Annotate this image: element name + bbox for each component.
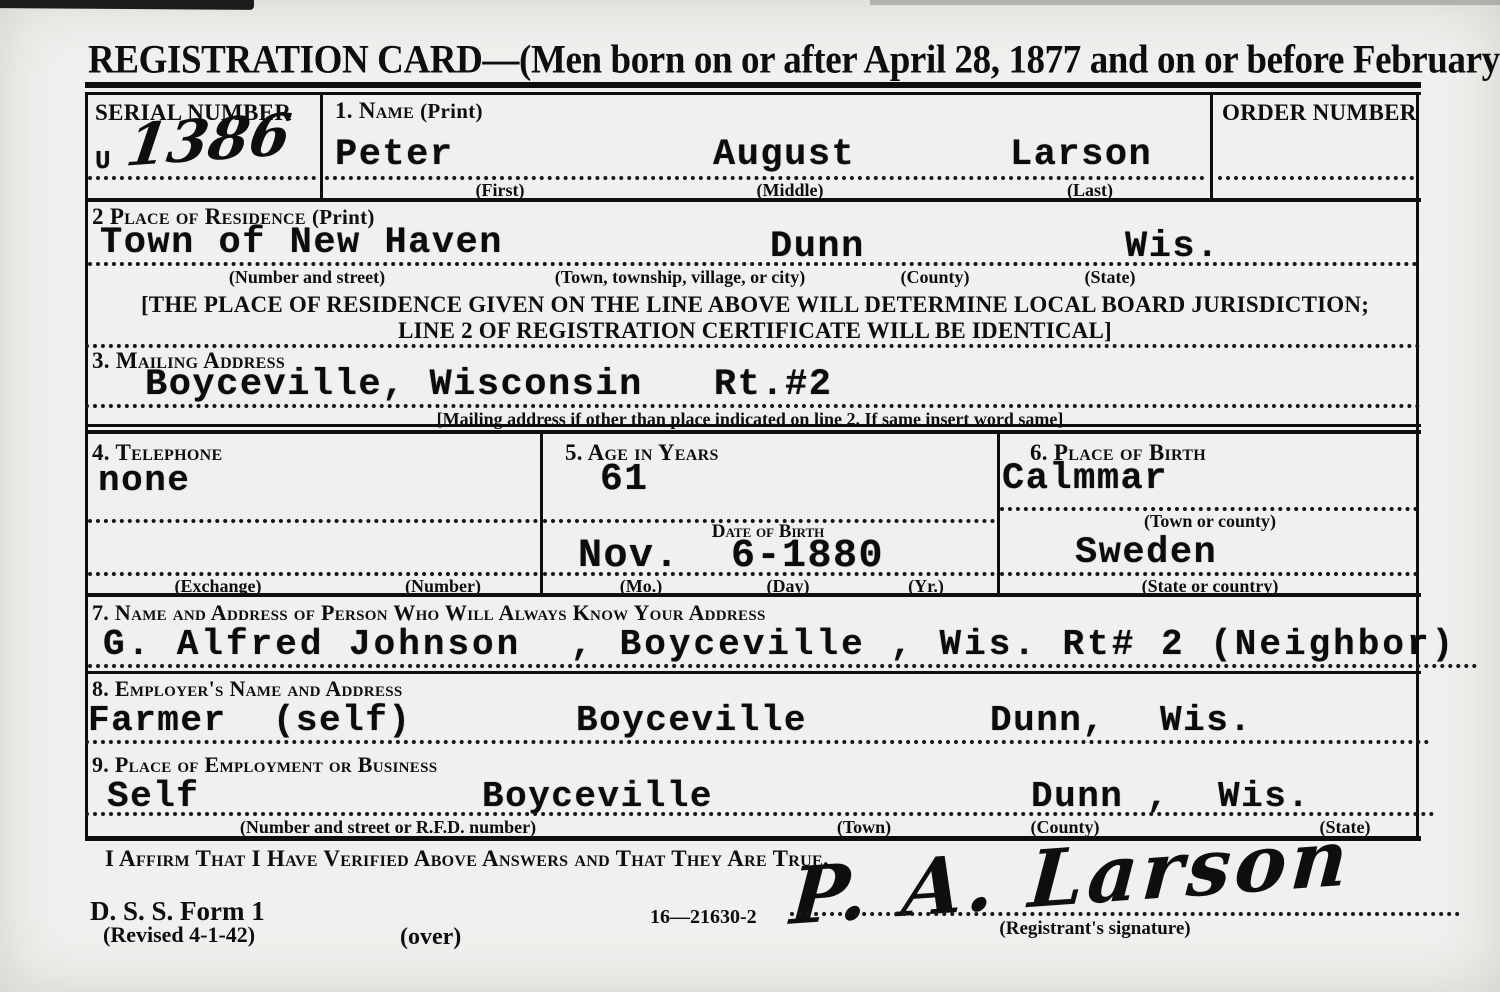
employment-label: 9. Place of Employment or Business — [92, 752, 437, 778]
divider — [85, 424, 1421, 427]
name-label-suffix: (Print) — [420, 99, 483, 123]
mailing-line — [85, 404, 1421, 408]
registration-card: REGISTRATION CARD—(Men born on or after … — [0, 0, 1500, 992]
divider — [85, 344, 1421, 348]
employment-street-caption: (Number and street or R.F.D. number) — [240, 817, 536, 838]
telephone-line — [88, 519, 538, 523]
residence-street-value: Town of New Haven — [100, 222, 503, 264]
over-caption: (over) — [400, 924, 461, 951]
employment-line — [85, 812, 1435, 816]
employer-state-value: Wis. — [1160, 700, 1252, 741]
name-label: 1. Name (Print) — [335, 98, 483, 124]
town-or-county-caption: (Town or county) — [1144, 511, 1276, 532]
name-last-value: Larson — [1010, 134, 1152, 176]
order-line — [1218, 176, 1414, 180]
print-code: 16—21630-2 — [650, 906, 757, 929]
residence-line — [88, 262, 1418, 266]
signature-line — [790, 912, 1460, 916]
serial-line — [88, 176, 316, 180]
divider — [85, 593, 1421, 597]
divider — [997, 433, 1000, 593]
birth-place-town-value: Calmmar — [1002, 458, 1168, 500]
form-revision: (Revised 4-1-42) — [103, 922, 255, 948]
divider — [320, 92, 323, 198]
jurisdiction-note: [THE PLACE OF RESIDENCE GIVEN ON THE LIN… — [130, 292, 1380, 345]
telephone-value: none — [98, 460, 190, 501]
employment-county-value: Dunn , — [1031, 776, 1170, 817]
divider — [85, 92, 1421, 95]
mailing-value: Boyceville, Wisconsin Rt.#2 — [145, 364, 832, 406]
scan-artifact — [0, 0, 254, 10]
contact-line — [88, 664, 1478, 668]
contact-label: 7. Name and Address of Person Who Will A… — [92, 600, 766, 626]
order-number-label: ORDER NUMBER — [1222, 100, 1417, 126]
employer-town-value: Boyceville — [576, 700, 807, 741]
employer-line — [85, 740, 1430, 744]
name-middle-value: August — [713, 134, 855, 176]
divider — [85, 82, 1421, 88]
divider — [540, 433, 543, 593]
card-title: REGISTRATION CARD—(Men born on or after … — [88, 36, 1500, 83]
employer-label: 8. Employer's Name and Address — [92, 676, 403, 702]
residence-county-caption: (County) — [900, 267, 969, 288]
name-label-text: 1. Name — [335, 98, 414, 123]
residence-state-caption: (State) — [1085, 267, 1136, 288]
employment-place-value: Self — [107, 776, 199, 817]
divider — [85, 430, 1421, 434]
age-value: 61 — [600, 458, 649, 501]
employer-county-value: Dunn, — [990, 700, 1106, 741]
serial-number-value: 1386 — [122, 100, 295, 179]
serial-prefix: U — [95, 146, 112, 176]
divider — [1210, 92, 1213, 198]
employment-town-value: Boyceville — [482, 776, 713, 817]
birth-place-country-value: Sweden — [1075, 532, 1217, 574]
divider — [85, 198, 1421, 202]
employment-state-value: Wis. — [1218, 776, 1310, 817]
contact-value: G. Alfred Johnson , Boyceville , Wis. Rt… — [103, 624, 1456, 665]
name-first-value: Peter — [335, 134, 454, 176]
employment-town-caption: (Town) — [837, 817, 891, 838]
residence-town-caption: (Town, township, village, or city) — [555, 267, 806, 288]
affirmation-text: I Affirm That I Have Verified Above Answ… — [105, 846, 829, 872]
residence-street-caption: (Number and street) — [229, 267, 385, 288]
signature-caption: (Registrant's signature) — [999, 918, 1190, 940]
scan-artifact — [870, 0, 1500, 5]
card-right-border — [1416, 92, 1419, 838]
divider — [85, 671, 1421, 674]
employer-name-value: Farmer (self) — [88, 700, 411, 741]
